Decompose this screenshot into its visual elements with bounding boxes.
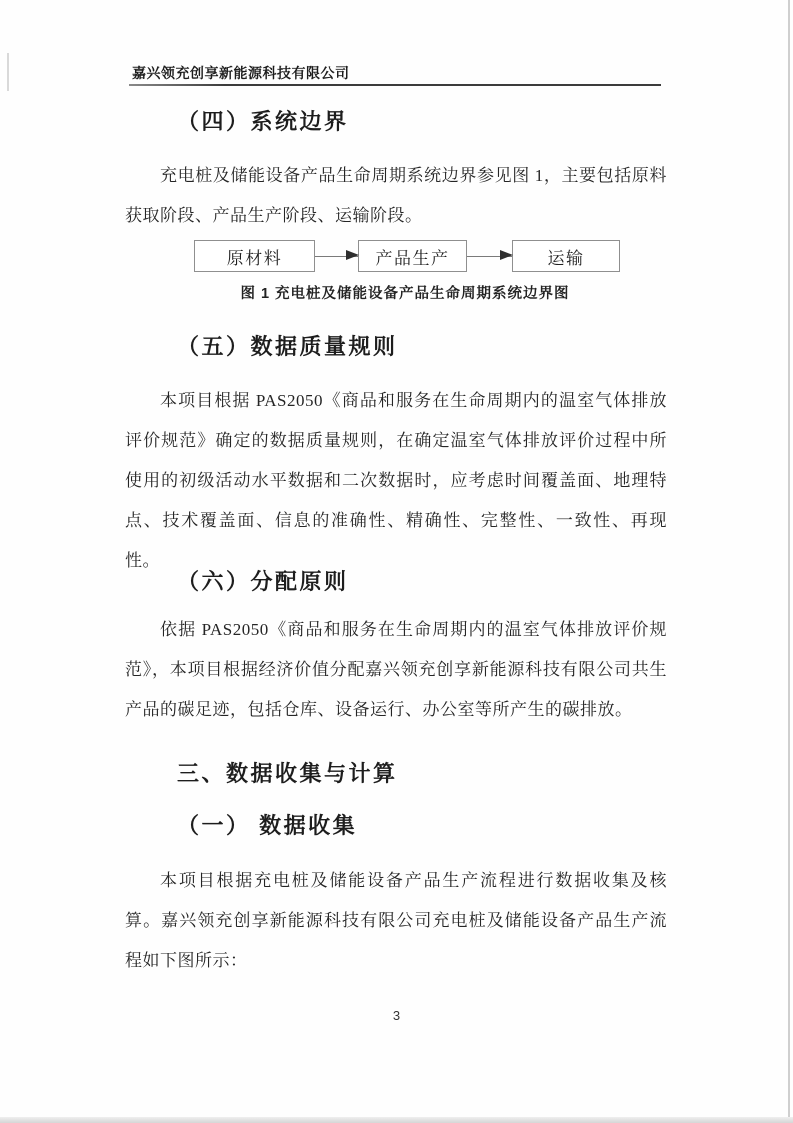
section-heading-4-system-boundary: （四）系统边界	[177, 111, 349, 133]
figure1-flow-diagram: 原材料 产品生产 运输	[194, 240, 620, 272]
figure1-caption: 图 1 充电桩及储能设备产品生命周期系统边界图	[125, 282, 685, 303]
flow-arrow-icon	[467, 256, 512, 257]
scan-artifact-left	[7, 53, 9, 91]
document-header-company: 嘉兴领充创享新能源科技有限公司	[132, 63, 350, 83]
paragraph-allocation: 依据 PAS2050《商品和服务在生命周期内的温室气体排放评价规范》，本项目根据…	[125, 610, 667, 730]
page-number: 3	[0, 1008, 793, 1023]
scan-artifact-right-edge	[788, 0, 790, 1123]
flow-box-production: 产品生产	[358, 240, 467, 272]
subsection-heading-1-data-collection: （一） 数据收集	[177, 815, 357, 837]
header-rule-divider	[129, 84, 661, 86]
flow-box-raw-materials: 原材料	[194, 240, 315, 272]
paragraph-data-collection: 本项目根据充电桩及储能设备产品生产流程进行数据收集及核算。嘉兴领充创享新能源科技…	[125, 861, 667, 981]
section-heading-3-data-collection-and-calculation: 三、数据收集与计算	[177, 763, 398, 785]
flow-arrow-icon	[315, 256, 358, 257]
section-heading-5-data-quality-rules: （五）数据质量规则	[177, 336, 398, 358]
paragraph-data-quality: 本项目根据 PAS2050《商品和服务在生命周期内的温室气体排放评价规范》确定的…	[125, 381, 667, 581]
scan-artifact-bottom-edge	[0, 1117, 793, 1123]
document-page: 嘉兴领充创享新能源科技有限公司 （四）系统边界 充电桩及储能设备产品生命周期系统…	[0, 0, 793, 1123]
section-heading-6-allocation-principles: （六）分配原则	[177, 571, 349, 593]
flow-box-transport: 运输	[512, 240, 620, 272]
paragraph-system-boundary: 充电桩及储能设备产品生命周期系统边界参见图 1，主要包括原料获取阶段、产品生产阶…	[125, 156, 667, 236]
